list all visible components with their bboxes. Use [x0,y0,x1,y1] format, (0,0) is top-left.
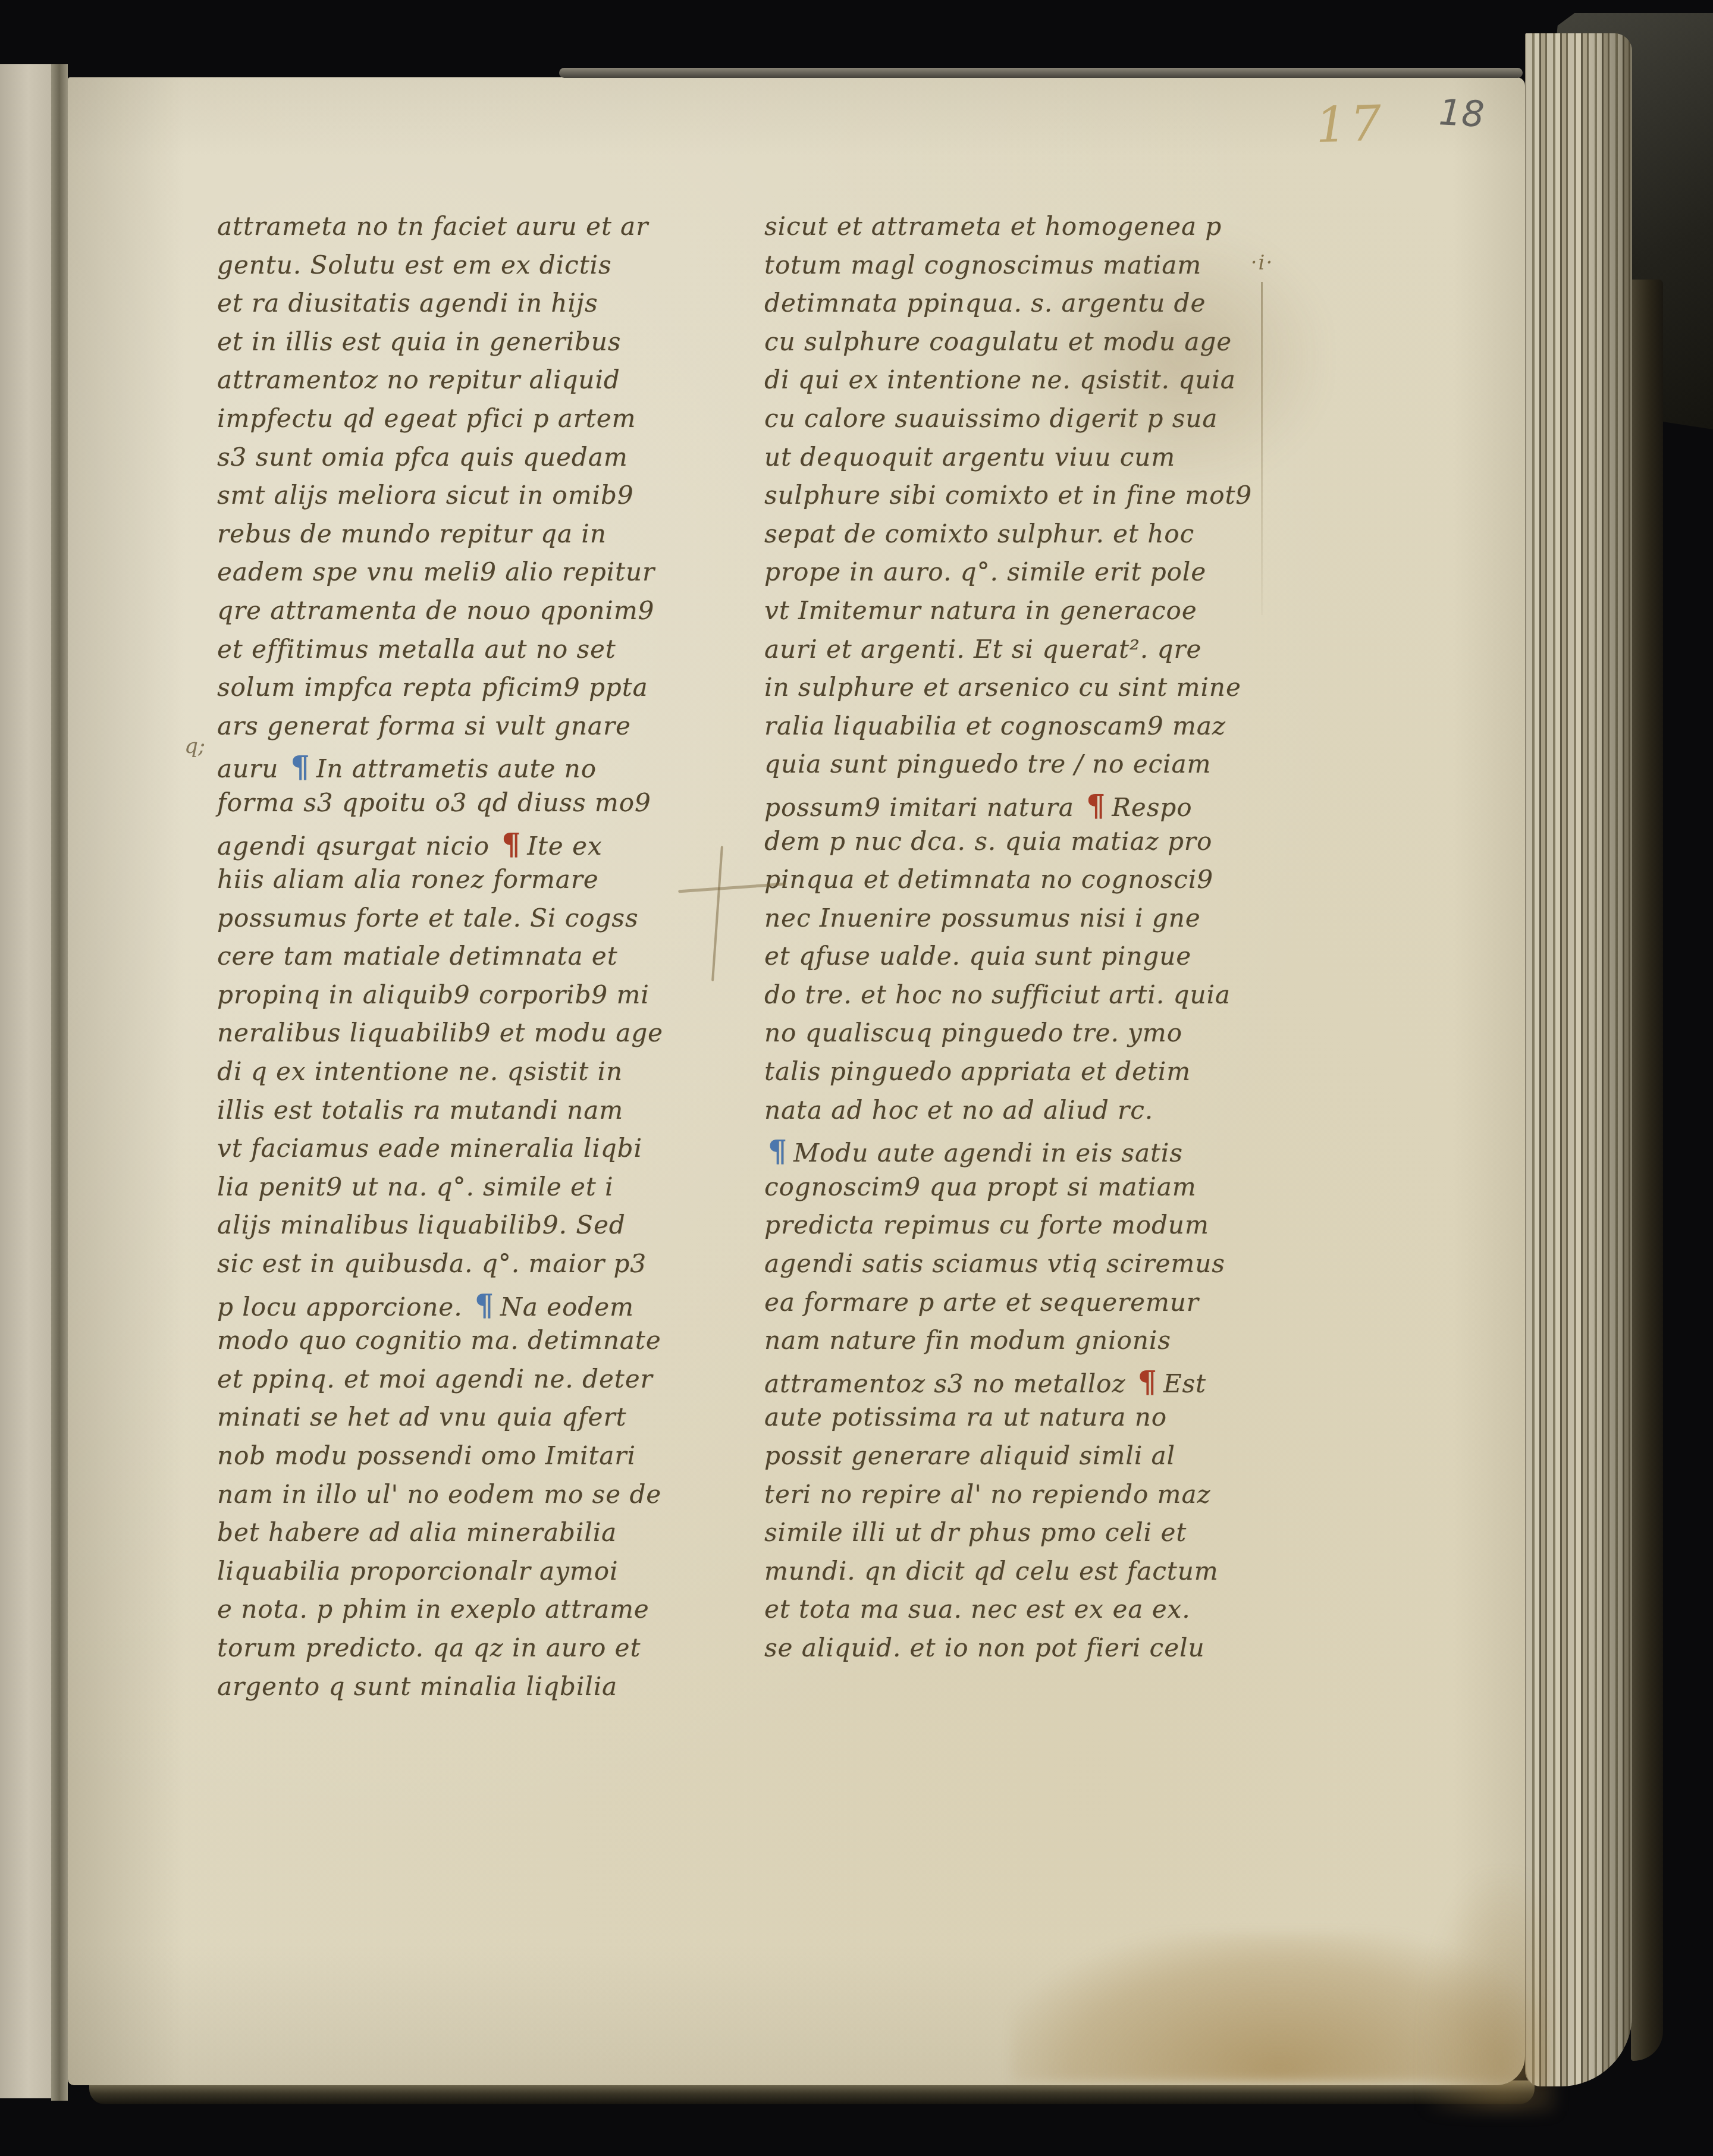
text-line: agendi qsurgat nicio ¶Ite ex [217,827,720,865]
text-line: totum magl cognoscimus matiam [764,250,1294,289]
text-line: detimnata ppinqua. s. argentu de [764,288,1294,327]
text-line: possit generare aliquid simli al [764,1441,1294,1480]
text-line: mundi. qn dicit qd celu est factum [764,1556,1294,1595]
text-line: ¶Modu aute agendi in eis satis [764,1134,1294,1172]
text-line: simile illi ut dr phus pmo celi et [764,1518,1294,1556]
text-line: auri et argenti. Et si querat². qre [764,635,1294,673]
text-line: impfectu qd egeat pfici p artem [217,404,720,443]
text-line: ut dequoquit argentu viuu cum [764,443,1294,481]
left-margin-mark: q; [184,734,205,758]
text-line: et qfuse ualde. quia sunt pingue [764,942,1294,980]
page-block-top-edge [559,68,1523,78]
text-line: s3 sunt omia pfca quis quedam [217,443,720,481]
text-line: modo quo cognitio ma. detimnate [217,1326,720,1364]
text-line: ralia liquabilia et cognoscam9 maz [764,711,1294,750]
text-line: possumus forte et tale. Si cogss [217,903,720,942]
text-line: minati se het ad vnu quia qfert [217,1402,720,1441]
gutter-page-edge [51,64,68,2101]
text-line: et in illis est quia in generibus [217,327,720,366]
text-line: pinqua et detimnata no cognosci9 [764,865,1294,903]
text-line: in sulphure et arsenico cu sint mine [764,673,1294,711]
text-line: rebus de mundo repitur qa in [217,519,720,558]
text-line: nam nature fin modum gnionis [764,1326,1294,1364]
text-line: di q ex intentione ne. qsistit in [217,1057,720,1096]
pilcrow-mark: ¶ [471,1288,500,1323]
text-column-left: attrameta no tn faciet auru et argentu. … [217,212,720,1710]
text-line: sulphure sibi comixto et in fine mot9 [764,481,1294,519]
text-line: se aliquid. et io non pot fieri celu [764,1633,1294,1672]
binding-leather-edge [1631,280,1663,2061]
text-line: prope in auro. q°. simile erit pole [764,557,1294,596]
text-line: et tota ma sua. nec est ex ea ex. [764,1595,1294,1633]
text-line: sic est in quibusda. q°. maior p3 [217,1249,720,1288]
gutter-cross-mark [676,846,795,986]
text-line: vt faciamus eade mineralia liqbi [217,1134,720,1172]
fore-edge-page-stack [1525,33,1632,2086]
manuscript-page: 17 18 attrameta no tn faciet auru et arg… [68,77,1525,2085]
text-line: e nota. p phim in exeplo attrame [217,1595,720,1633]
text-line: agendi satis sciamus vtiq sciremus [764,1249,1294,1288]
text-line: torum predicto. qa qz in auro et [217,1633,720,1672]
text-line: cognoscim9 qua propt si matiam [764,1172,1294,1211]
text-line: quia sunt pinguedo tre / no eciam [764,749,1294,788]
text-line: p locu apporcione. ¶Na eodem [217,1288,720,1326]
text-line: propinq in aliquib9 corporib9 mi [217,980,720,1019]
text-line: lia penit9 ut na. q°. simile et i [217,1172,720,1211]
text-line: dem p nuc dca. s. quia matiaz pro [764,827,1294,865]
text-line: solum impfca repta pficim9 ppta [217,673,720,711]
text-line: alijs minalibus liquabilib9. Sed [217,1210,720,1249]
text-line: di qui ex intentione ne. qsistit. quia [764,365,1294,404]
text-line: qre attramenta de nouo qponim9 [217,596,720,635]
text-line: hiis aliam alia ronez formare [217,865,720,903]
text-line: eadem spe vnu meli9 alio repitur [217,557,720,596]
text-line: argento q sunt minalia liqbilia [217,1672,720,1711]
text-line: no qualiscuq pinguedo tre. ymo [764,1018,1294,1057]
text-line: gentu. Solutu est em ex dictis [217,250,720,289]
stain-blot-bottom [1011,1933,1546,2082]
text-line: sepat de comixto sulphur. et hoc [764,519,1294,558]
text-line: attramentoz no repitur aliquid [217,365,720,404]
folio-number-ink: 17 [1314,95,1386,154]
text-line: vt Imitemur natura in generacoe [764,596,1294,635]
folio-number-pencil: 18 [1438,92,1485,136]
text-line: talis pinguedo appriata et detim [764,1057,1294,1096]
text-column-right: sicut et attrameta et homogenea ptotum m… [764,212,1294,1672]
text-line: liquabilia proporcionalr aymoi [217,1556,720,1595]
pilcrow-mark: ¶ [764,1134,793,1169]
text-line: et ppinq. et moi agendi ne. deter [217,1364,720,1403]
pilcrow-mark: ¶ [498,827,527,862]
text-line: et effitimus metalla aut no set [217,635,720,673]
nota-mark-dots: ·i· [1244,251,1280,275]
photograph-background: { "manuscript": { "folio_number_ink": "1… [0,0,1713,2156]
text-line: forma s3 qpoitu o3 qd diuss mo9 [217,788,720,827]
text-line: neralibus liquabilib9 et modu age [217,1018,720,1057]
text-line: nata ad hoc et no ad aliud rc. [764,1096,1294,1134]
text-line: cu calore suauissimo digerit p sua [764,404,1294,443]
text-line: ars generat forma si vult gnare [217,711,720,750]
text-line: cu sulphure coagulatu et modu age [764,327,1294,366]
text-line: illis est totalis ra mutandi nam [217,1096,720,1134]
text-line: et ra diusitatis agendi in hijs [217,288,720,327]
text-line: smt alijs meliora sicut in omib9 [217,481,720,519]
text-line: nob modu possendi omo Imitari [217,1441,720,1480]
text-line: teri no repire al' no repiendo maz [764,1480,1294,1518]
text-line: predicta repimus cu forte modum [764,1210,1294,1249]
text-line: nec Inuenire possumus nisi i gne [764,903,1294,942]
text-line: aute potissima ra ut natura no [764,1402,1294,1441]
text-line: auru ¶In attrametis aute no [217,749,720,788]
text-line: attramentoz s3 no metalloz ¶Est [764,1364,1294,1403]
pilcrow-mark: ¶ [1134,1364,1163,1399]
text-line: sicut et attrameta et homogenea p [764,212,1294,250]
nota-margin-mark: ·i· [1244,251,1280,632]
text-line: do tre. et hoc no sufficiut arti. quia [764,980,1294,1019]
text-line: ea formare p arte et sequeremur [764,1288,1294,1326]
text-line: bet habere ad alia minerabilia [217,1518,720,1556]
text-line: nam in illo ul' no eodem mo se de [217,1480,720,1518]
text-line: attrameta no tn faciet auru et ar [217,212,720,250]
pilcrow-mark: ¶ [287,749,316,784]
pilcrow-mark: ¶ [1083,788,1112,823]
facing-page-edge [0,64,51,2098]
text-line: cere tam matiale detimnata et [217,942,720,980]
text-line: possum9 imitari natura ¶Respo [764,788,1294,827]
